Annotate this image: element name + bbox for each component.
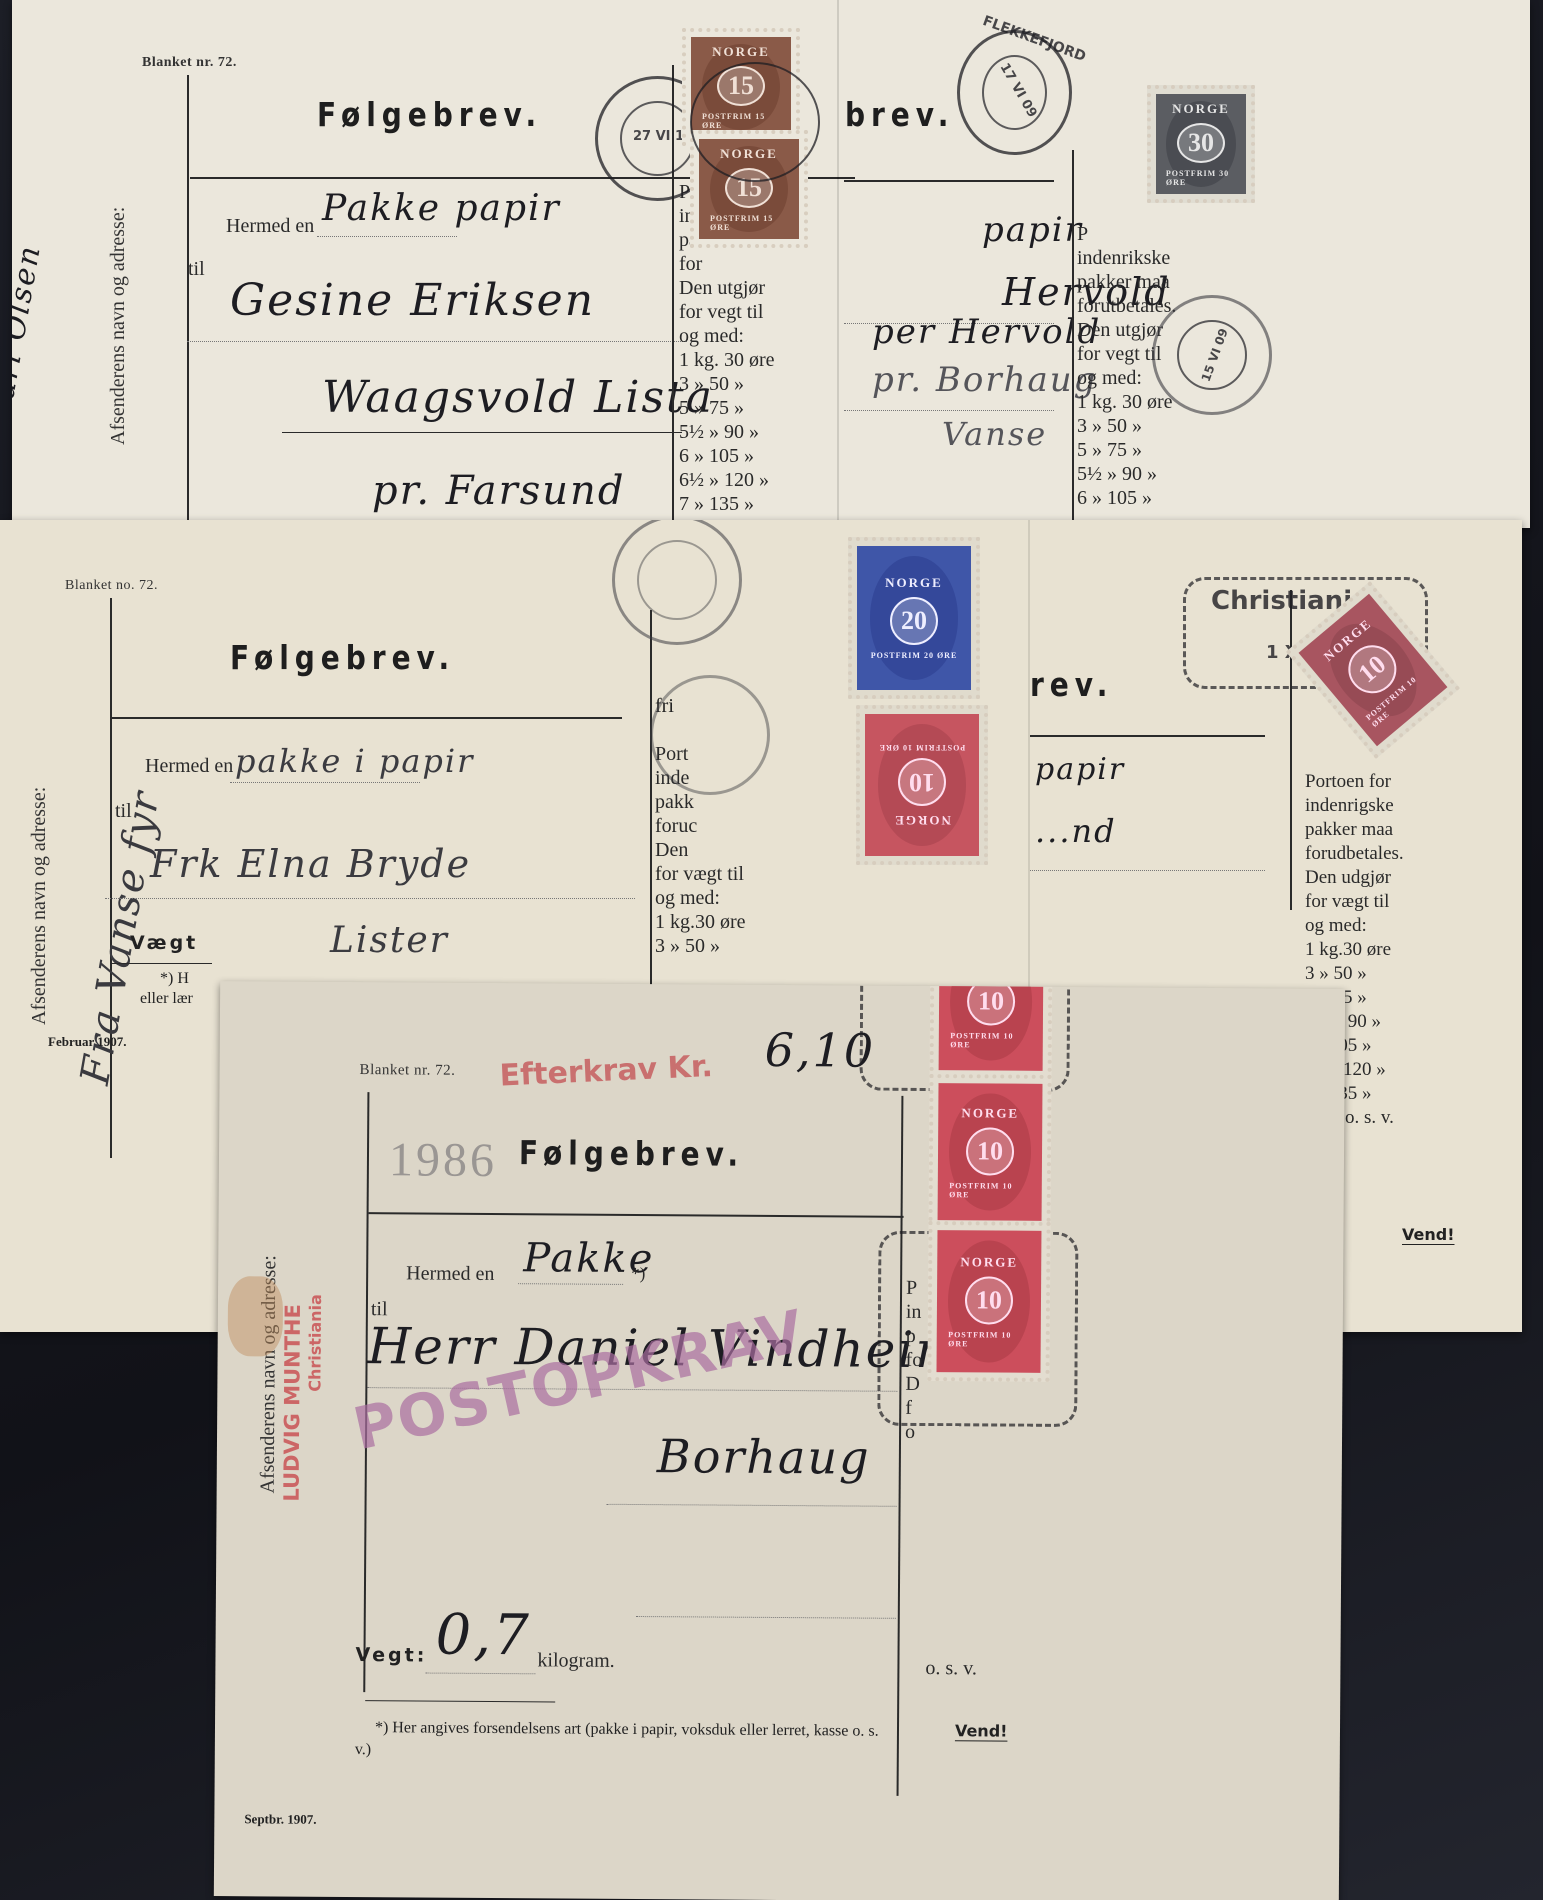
til-label: til xyxy=(188,258,205,281)
sender-stamp-line-2: Christiania xyxy=(305,1294,325,1392)
number-stamp: 1986 xyxy=(389,1132,497,1188)
vegt-label: Vegt: xyxy=(355,1644,427,1667)
second-hermed-value: papir xyxy=(982,210,1083,250)
osv-label: o. s. v. xyxy=(925,1656,977,1680)
form-title: Følgebrev. xyxy=(317,95,542,134)
middle-second-address: ...nd xyxy=(1035,812,1117,850)
blanket-number: Blanket no. 72. xyxy=(65,578,158,594)
til-label: til xyxy=(115,800,132,823)
sender-label: Afsenderens navn og adresse: xyxy=(107,207,130,445)
printed-date: Septbr. 1907. xyxy=(244,1811,316,1828)
sender-handwriting: Carl Olsen xyxy=(12,242,48,426)
vaegt-label: Vægt xyxy=(130,932,198,954)
footnote-fragment-2: eller lær xyxy=(140,990,193,1008)
stamp-20-ore-blue-norge-page: NORGE20POSTFRIM 20 ØRE xyxy=(848,537,980,699)
hermed-label: Hermed en xyxy=(226,215,314,238)
second-form-title-fragment: brev. xyxy=(845,95,954,134)
second-address-2: per Hervold xyxy=(872,312,1101,352)
footnote: *) Her angives forsendelsens art (pakke … xyxy=(355,1717,895,1765)
sender-label: Afsenderens navn og adresse: xyxy=(28,787,51,1025)
footnote-fragment-1: *) H xyxy=(160,970,189,988)
stamp-30-ore: NORGE30POSTFRIM 30 ØRE xyxy=(1147,85,1255,203)
stamp-10-ore-2: NORGE10POSTFRIM 10 ØRE xyxy=(928,1074,1051,1230)
middle-second-hermed: papir xyxy=(1035,752,1125,787)
vend-label-front: Vend! xyxy=(955,1721,1008,1740)
stamp-10-ore-1: NORGE10POSTFRIM 10 ØRE xyxy=(930,981,1053,1080)
address-line-2: Borhaug xyxy=(657,1429,871,1484)
card-top: Blanket nr. 72. Følgebrev. Afsenderens n… xyxy=(12,0,1530,528)
hermed-label: Hermed en xyxy=(145,755,233,778)
address-line-2: Lister xyxy=(330,920,449,961)
address-line-1: Frk Elna Bryde xyxy=(150,842,471,886)
form-divider xyxy=(187,75,189,528)
hermed-value: pakke i papir xyxy=(235,742,474,780)
card-front: Blanket nr. 72. Efterkrav Kr. 6,10 1986 … xyxy=(214,981,1345,1900)
vend-label-middle: Vend! xyxy=(1402,1225,1455,1244)
address-line-3: pr. Farsund xyxy=(372,468,625,514)
form-title: Følgebrev. xyxy=(230,638,455,677)
address-line-1: Gesine Eriksen xyxy=(230,275,595,326)
second-form-edge xyxy=(837,0,839,528)
printed-date: Februar 1907. xyxy=(48,1034,126,1050)
postmark-vanse xyxy=(612,520,742,645)
address-line-2: Waagsvold Lista xyxy=(322,372,714,423)
blanket-number: Blanket nr. 72. xyxy=(142,55,237,71)
vegt-value: 0,7 xyxy=(435,1603,531,1669)
sender-stamp-line-1: LUDVIG MUNTHE xyxy=(280,1304,305,1502)
form-title: Følgebrev. xyxy=(519,1133,744,1174)
hermed-value: Pakke papir xyxy=(322,188,561,229)
middle-second-title-fragment: rev. xyxy=(1030,665,1113,704)
postmark-flekkefjord: FLEKKEFJORD 17 VI 09 xyxy=(957,30,1072,155)
second-address-4: Vanse xyxy=(942,415,1047,453)
vegt-unit: kilogram. xyxy=(537,1649,614,1673)
blanket-number: Blanket nr. 72. xyxy=(360,1062,456,1080)
stain xyxy=(228,1276,284,1356)
second-address-3: pr. Borhaug xyxy=(872,360,1097,400)
hermed-footnote-mark: *) xyxy=(631,1264,645,1284)
efterkrav-stamp: Efterkrav Kr. xyxy=(499,1049,714,1094)
stamp-10-ore-inverted: NORGE10POSTFRIM 10 ØRE xyxy=(856,705,988,865)
hermed-label: Hermed en xyxy=(406,1262,494,1286)
stamp-10-ore-3: NORGE10POSTFRIM 10 ØRE xyxy=(927,1221,1050,1382)
postmark-holmestrand: 15 VI 09 xyxy=(1152,295,1272,415)
